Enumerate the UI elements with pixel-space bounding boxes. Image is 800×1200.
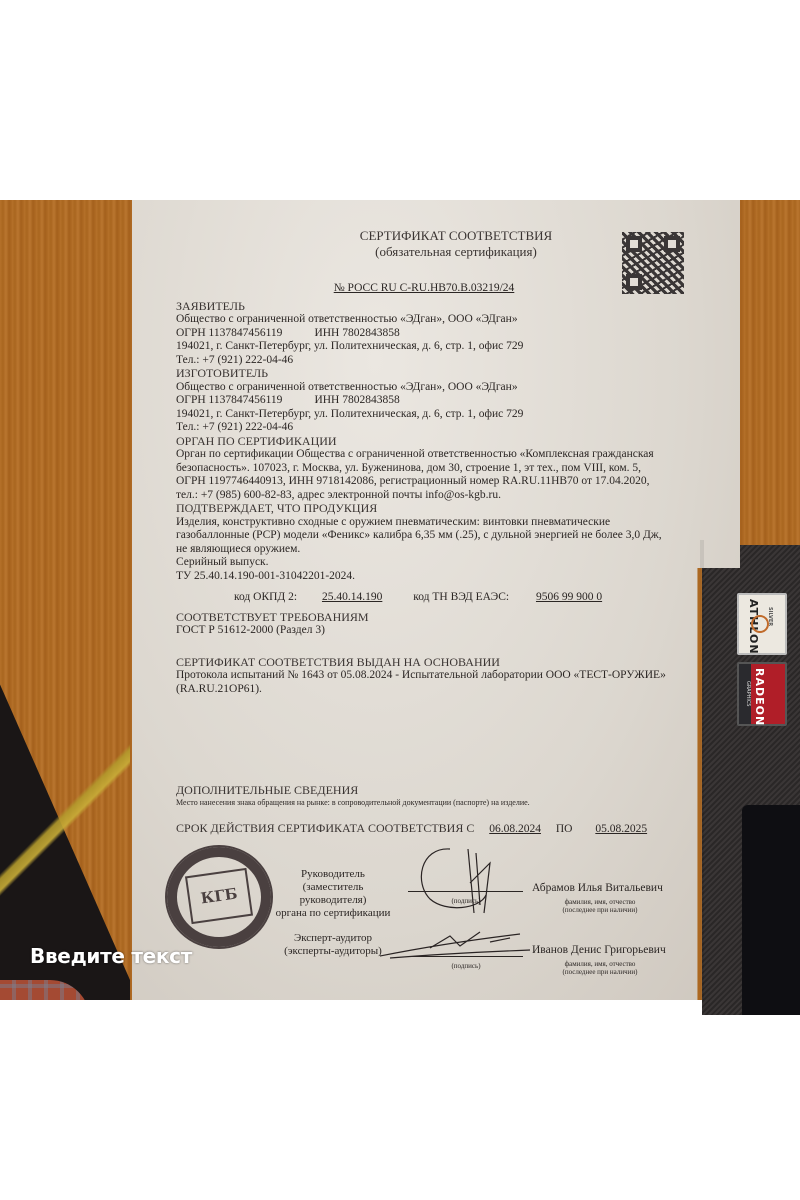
requirements-value: ГОСТ Р 51612-2000 (Раздел 3) (176, 624, 696, 638)
applicant-address: 194021, г. Санкт-Петербург, ул. Политехн… (176, 340, 696, 354)
expert-signature-icon (370, 928, 540, 968)
caption-line: (последнее при наличии) (540, 968, 660, 976)
product-codes: код ОКПД 2: 25.40.14.190 код ТН ВЭД ЕАЭС… (176, 591, 696, 605)
manufacturer-ids: ОГРН 1137847456119ИНН 7802843858 (176, 394, 696, 408)
caption-line: (последнее при наличии) (540, 906, 660, 914)
manufacturer-address: 194021, г. Санкт-Петербург, ул. Политехн… (176, 408, 696, 422)
certification-body-line: ОГРН 1197746440913, ИНН 9718142086, реги… (176, 475, 696, 489)
caption-line: фамилия, имя, отчество (540, 960, 660, 968)
caption-line: фамилия, имя, отчество (540, 898, 660, 906)
validity-from: 06.08.2024 (489, 823, 541, 835)
athlon-sticker: ATHLON SILVER (737, 593, 787, 655)
manufacturer-section: ИЗГОТОВИТЕЛЬ Общество с ограниченной отв… (176, 367, 696, 435)
head-name-caption: фамилия, имя, отчество (последнее при на… (540, 898, 660, 914)
requirements-section: СООТВЕТСТВУЕТ ТРЕБОВАНИЯМ ГОСТ Р 51612-2… (176, 611, 696, 638)
validity-to: 05.08.2025 (595, 823, 647, 835)
additional-section: ДОПОЛНИТЕЛЬНЫЕ СВЕДЕНИЯ Место нанесения … (176, 784, 696, 808)
head-role: Руководитель (заместитель руководителя) … (268, 868, 398, 920)
manufacturer-name: Общество с ограниченной ответственностью… (176, 381, 696, 395)
product-line: не являющиеся оружием. (176, 543, 696, 557)
certificate-document: СЕРТИФИКАТ СООТВЕТСТВИЯ (обязательная се… (176, 228, 696, 836)
applicant-ogrn: ОГРН 1137847456119 (176, 327, 282, 339)
basis-heading: СЕРТИФИКАТ СООТВЕТСТВИЯ ВЫДАН НА ОСНОВАН… (176, 656, 696, 670)
head-signature-icon (410, 843, 510, 923)
applicant-name: Общество с ограниченной ответственностью… (176, 313, 696, 327)
tnved-label: код ТН ВЭД ЕАЭС: (413, 591, 509, 605)
product-line: Серийный выпуск. (176, 556, 696, 570)
certificate-title: СЕРТИФИКАТ СООТВЕТСТВИЯ (216, 228, 696, 244)
expert-name: Иванов Денис Григорьевич (532, 944, 666, 956)
validity-to-label: ПО (556, 823, 573, 835)
certification-body-section: ОРГАН ПО СЕРТИФИКАЦИИ Орган по сертифика… (176, 435, 696, 503)
applicant-ids: ОГРН 1137847456119ИНН 7802843858 (176, 327, 696, 341)
certification-body-heading: ОРГАН ПО СЕРТИФИКАЦИИ (176, 435, 696, 449)
product-line: ТУ 25.40.14.190-001-31042201-2024. (176, 570, 696, 584)
applicant-inn: ИНН 7802843858 (314, 327, 399, 339)
product-heading: ПОДТВЕРЖДАЕТ, ЧТО ПРОДУКЦИЯ (176, 502, 696, 516)
okpd2-label: код ОКПД 2: (234, 591, 297, 605)
basis-line: (RA.RU.21ОР61). (176, 683, 696, 697)
overlay-caption[interactable]: Введите текст (30, 944, 192, 968)
certification-body-line: Орган по сертификации Общества с огранич… (176, 448, 696, 462)
applicant-section: ЗАЯВИТЕЛЬ Общество с ограниченной ответс… (176, 300, 696, 368)
expert-name-caption: фамилия, имя, отчество (последнее при на… (540, 960, 660, 976)
stamp-center: КГБ (185, 868, 253, 924)
validity-line: СРОК ДЕЙСТВИЯ СЕРТИФИКАТА СООТВЕТСТВИЯ С… (176, 822, 696, 837)
additional-heading: ДОПОЛНИТЕЛЬНЫЕ СВЕДЕНИЯ (176, 784, 696, 798)
head-role-line: (заместитель руководителя) (268, 881, 398, 907)
head-name: Абрамов Илья Витальевич (532, 882, 663, 894)
validity-label: СРОК ДЕЙСТВИЯ СЕРТИФИКАТА СООТВЕТСТВИЯ С (176, 821, 474, 835)
certification-body-line: безопасность». 107023, г. Москва, ул. Бу… (176, 462, 696, 476)
product-section: ПОДТВЕРЖДАЕТ, ЧТО ПРОДУКЦИЯ Изделия, кон… (176, 502, 696, 605)
product-line: Изделия, конструктивно сходные с оружием… (176, 516, 696, 530)
radeon-sticker: GRAPHICS RADEON (737, 662, 787, 726)
manufacturer-inn: ИНН 7802843858 (314, 394, 399, 406)
paper-shadow (700, 540, 704, 1000)
applicant-phone: Тел.: +7 (921) 222-04-46 (176, 354, 696, 368)
applicant-heading: ЗАЯВИТЕЛЬ (176, 300, 696, 314)
basis-section: СЕРТИФИКАТ СООТВЕТСТВИЯ ВЫДАН НА ОСНОВАН… (176, 656, 696, 697)
certificate-subtitle: (обязательная сертификация) (216, 244, 696, 260)
manufacturer-ogrn: ОГРН 1137847456119 (176, 394, 282, 406)
head-role-line: органа по сертификации (268, 907, 398, 920)
okpd2-value: 25.40.14.190 (322, 591, 382, 605)
basis-line: Протокола испытаний № 1643 от 05.08.2024… (176, 669, 696, 683)
product-line: газобаллонные (PCP) модели «Феникс» кали… (176, 529, 696, 543)
requirements-heading: СООТВЕТСТВУЕТ ТРЕБОВАНИЯМ (176, 611, 696, 625)
head-role-line: Руководитель (268, 868, 398, 881)
certificate-number: № РОСС RU C-RU.НВ70.В.03219/24 (184, 282, 664, 296)
certification-body-line: тел.: +7 (985) 600-82-83, адрес электрон… (176, 489, 696, 503)
additional-text: Место нанесения знака обращения на рынке… (176, 798, 696, 808)
laptop-touchpad (742, 805, 800, 1015)
manufacturer-phone: Тел.: +7 (921) 222-04-46 (176, 421, 696, 435)
manufacturer-heading: ИЗГОТОВИТЕЛЬ (176, 367, 696, 381)
tnved-value: 9506 99 900 0 (536, 591, 602, 605)
